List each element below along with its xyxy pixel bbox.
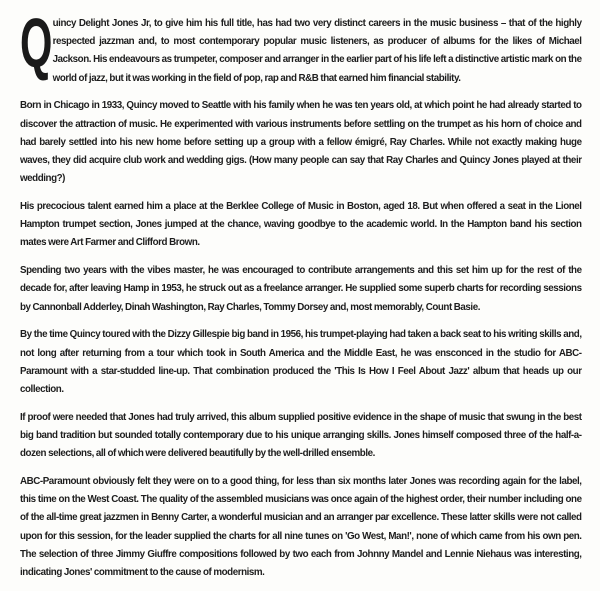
paragraph-album-proof: If proof were needed that Jones had trul… [20,409,582,464]
drop-cap: Q [20,17,38,71]
paragraph-intro-text: uincy Delight Jones Jr, to give him his … [53,18,582,84]
liner-notes-page: Q uincy Delight Jones Jr, to give him hi… [20,15,582,591]
paragraph-early-life: Born in Chicago in 1933, Quincy moved to… [20,97,582,188]
paragraph-go-west-man: ABC-Paramount obviously felt they were o… [20,473,582,582]
paragraph-intro: Q uincy Delight Jones Jr, to give him hi… [20,15,582,88]
paragraph-gillespie-tour: By the time Quincy toured with the Dizzy… [20,326,582,399]
paragraph-berklee-hampton: His precocious talent earned him a place… [20,198,582,253]
paragraph-freelance-arranger: Spending two years with the vibes master… [20,262,582,317]
